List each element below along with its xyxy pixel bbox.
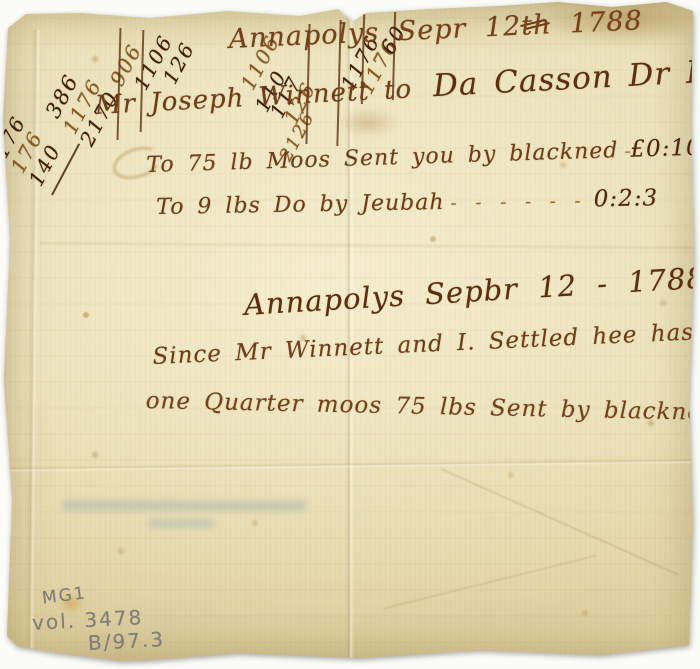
faint-archive-stamp <box>62 500 306 511</box>
ink-stain <box>336 108 400 138</box>
paper-sheet: 176 176 140 386 1176 2170 906 1106 126 1… <box>0 0 700 669</box>
paper-surface: 176 176 140 386 1176 2170 906 1106 126 1… <box>0 0 700 669</box>
entry-description: To 9 lbs Do by Jeubah <box>156 190 445 220</box>
scanned-document-image: 176 176 140 386 1176 2170 906 1106 126 1… <box>0 0 700 669</box>
entry-amount: 0:2:3 <box>594 185 659 212</box>
foxing-spots <box>0 0 6 6</box>
entry-dash-fill: — <box>618 141 631 162</box>
entry-amount: £0:10:9 <box>630 134 700 163</box>
entry-dash-fill: - - - - - - - - - - - - - - - <box>444 190 594 214</box>
faint-archive-stamp <box>148 519 214 528</box>
archive-mark-reference: B/97.3 <box>87 627 165 655</box>
